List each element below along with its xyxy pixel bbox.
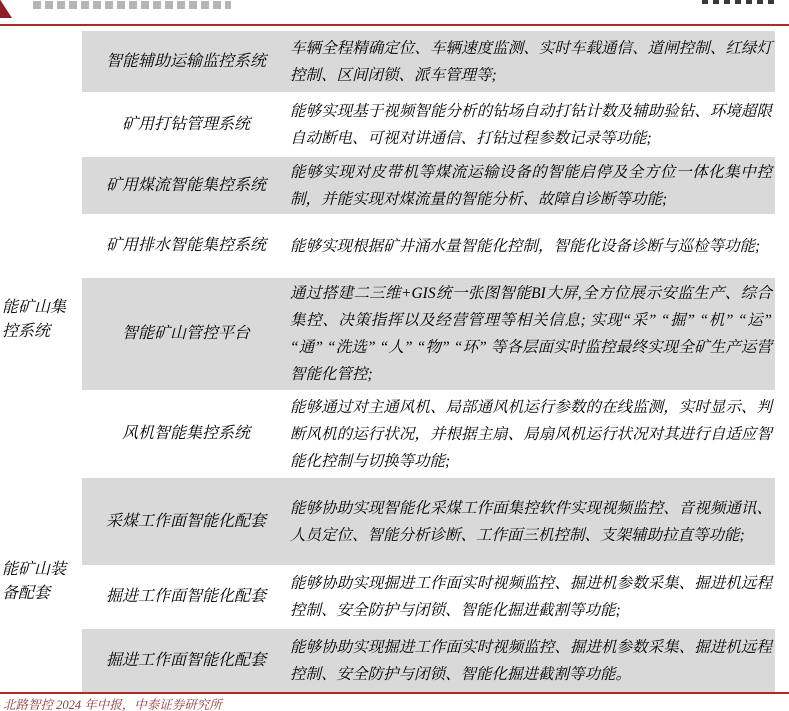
table-row: 掘进工作面智能化配套 能够协助实现掘进工作面实时视频监控、掘进机参数采集、掘进机… [82, 565, 775, 629]
table-row: 智能矿山管控平台 通过搭建二三维+GIS统一张图智能BI大屏,全方位展示安监生产… [82, 278, 775, 390]
system-name: 掘进工作面智能化配套 [82, 650, 290, 672]
table-row: 风机智能集控系统 能够通过对主通风机、局部通风机运行参数的在线监测，实时显示、判… [82, 390, 775, 478]
system-name: 智能辅助运输监控系统 [82, 51, 290, 73]
system-name: 掘进工作面智能化配套 [82, 586, 290, 608]
system-description: 能够通过对主通风机、局部通风机运行参数的在线监测，实时显示、判断风机的运行状况，… [290, 393, 775, 476]
report-page: 能矿山集控系统 能矿山装备配套 智能辅助运输监控系统 车辆全程精确定位、车辆速度… [0, 0, 789, 711]
header-divider-line [0, 24, 789, 26]
system-name: 矿用排水智能集控系统 [82, 235, 290, 257]
system-description: 车辆全程精确定位、车辆速度监测、实时车载通信、道闸控制、红绿灯控制、区间闭锁、派… [290, 34, 775, 90]
system-description: 能够实现基于视频智能分析的钻场自动打钻计数及辅助验钻、环境超限自动断电、可视对讲… [290, 97, 775, 153]
source-attribution: 北路智控 2024 年中报，中泰证券研究所 [3, 695, 783, 711]
system-name: 矿用打钻管理系统 [82, 114, 290, 136]
footer-divider-line [0, 692, 789, 694]
system-description: 能够协助实现掘进工作面实时视频监控、掘进机参数采集、掘进机远程控制、安全防护与闭… [290, 633, 775, 689]
system-description: 能够协助实现掘进工作面实时视频监控、掘进机参数采集、掘进机远程控制、安全防护与闭… [290, 569, 775, 625]
table-row: 矿用打钻管理系统 能够实现基于视频智能分析的钻场自动打钻计数及辅助验钻、环境超限… [82, 92, 775, 157]
category-label-mine-central-control: 能矿山集控系统 [2, 296, 72, 344]
category-label-mine-equipment: 能矿山装备配套 [2, 558, 72, 606]
system-description: 能够实现根据矿井涌水量智能化控制，智能化设备诊断与巡检等功能; [290, 232, 775, 261]
table-row: 掘进工作面智能化配套 能够协助实现掘进工作面实时视频监控、掘进机参数采集、掘进机… [82, 629, 775, 692]
system-description: 通过搭建二三维+GIS统一张图智能BI大屏,全方位展示安监生产、综合集控、决策指… [290, 279, 775, 389]
system-name: 矿用煤流智能集控系统 [82, 175, 290, 197]
header-right-text-fragment [702, 0, 776, 4]
publisher-logo-icon [0, 0, 12, 18]
table-row: 智能辅助运输监控系统 车辆全程精确定位、车辆速度监测、实时车载通信、道闸控制、红… [82, 31, 775, 92]
system-name: 风机智能集控系统 [82, 423, 290, 445]
system-description: 能够实现对皮带机等煤流运输设备的智能启停及全方位一体化集中控制，并能实现对煤流量… [290, 158, 775, 214]
system-name: 智能矿山管控平台 [82, 323, 290, 345]
table-row: 矿用排水智能集控系统 能够实现根据矿井涌水量智能化控制，智能化设备诊断与巡检等功… [82, 214, 775, 278]
publisher-logo-text-fragment [33, 1, 231, 9]
table-row: 采煤工作面智能化配套 能够协助实现智能化采煤工作面集控软件实现视频监控、音视频通… [82, 478, 775, 565]
system-description: 能够协助实现智能化采煤工作面集控软件实现视频监控、音视频通讯、人员定位、智能分析… [290, 494, 775, 550]
table-row: 矿用煤流智能集控系统 能够实现对皮带机等煤流运输设备的智能启停及全方位一体化集中… [82, 157, 775, 214]
system-name: 采煤工作面智能化配套 [82, 511, 290, 533]
